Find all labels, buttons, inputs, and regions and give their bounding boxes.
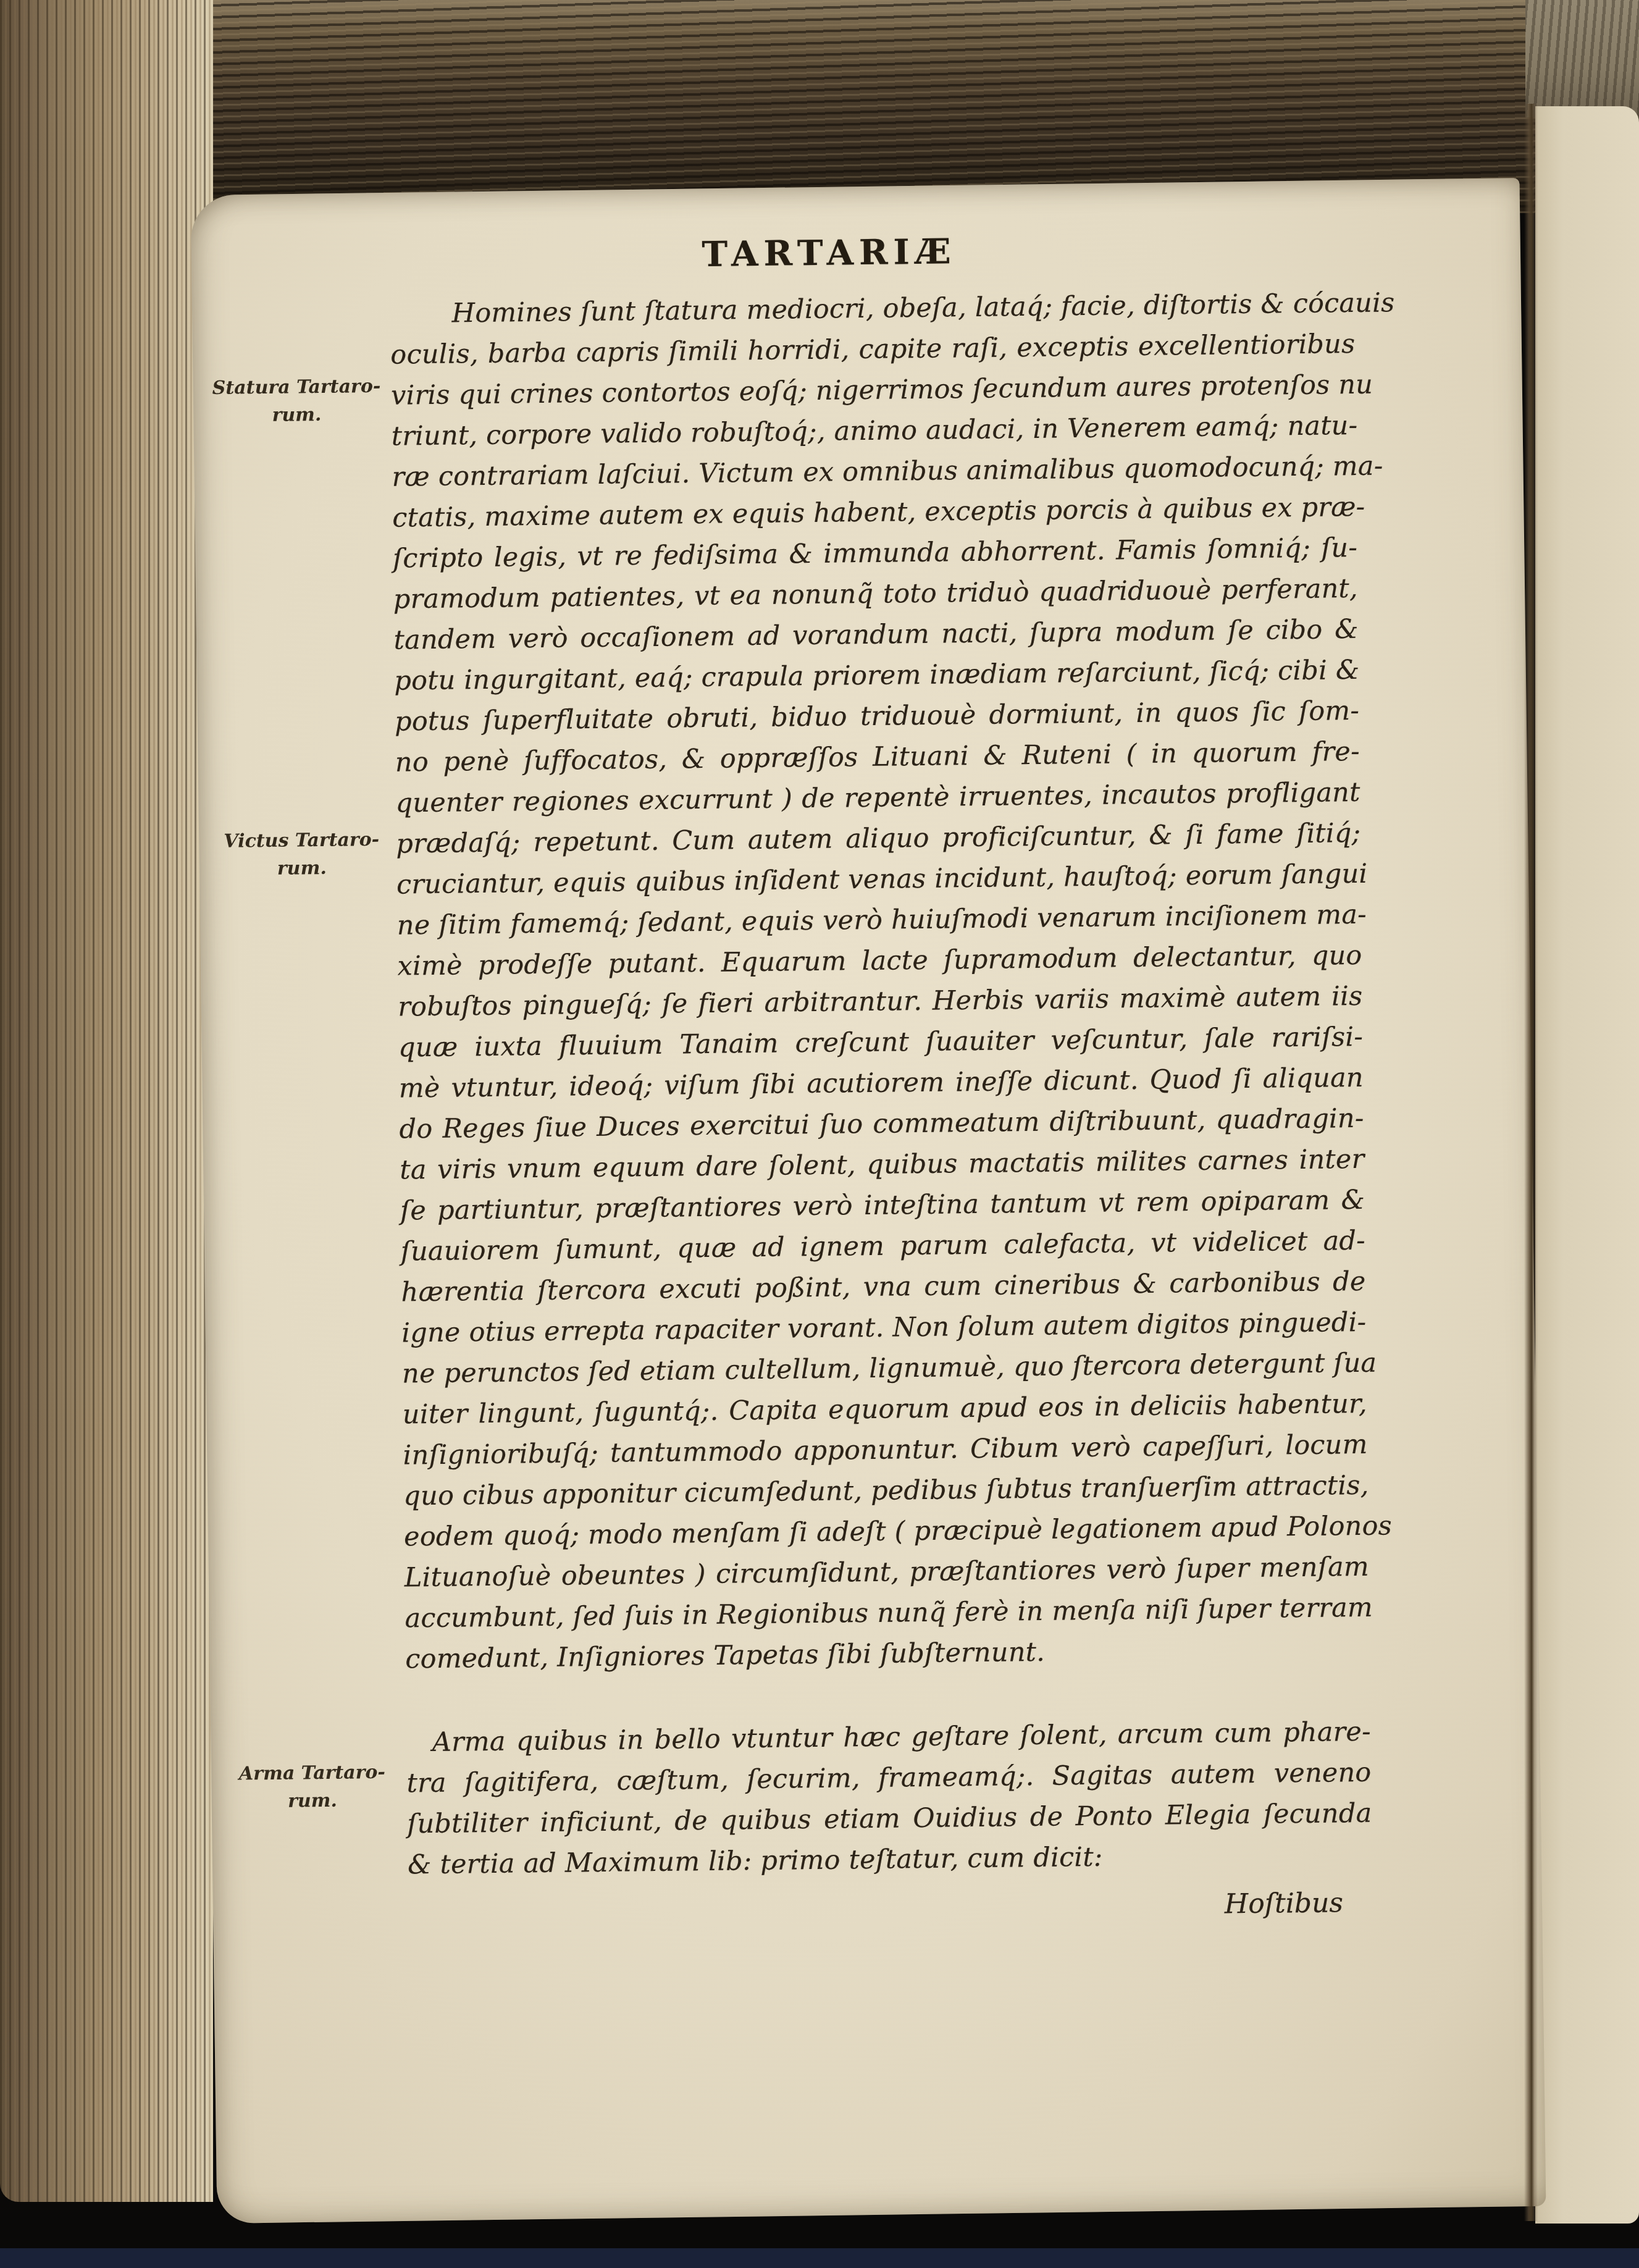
margin-note-victus-tartarorum: Victus Tartaro-rum. — [199, 826, 404, 884]
page-fold-crease — [1524, 104, 1538, 2221]
body-paragraph-2: Arma quibus in bello vtuntur hæc geſtare… — [406, 1711, 1373, 1886]
margin-note-line: Statura Tartaro- — [195, 372, 398, 403]
book-photo: TARTARIÆ Statura Tartaro-rum. Victus Tar… — [0, 0, 1639, 2268]
margin-note-line: rum. — [200, 853, 404, 883]
body-paragraph-1: Homines ſunt ſtatura mediocri, obeſa, la… — [390, 283, 1370, 1680]
adjacent-page-edge — [1535, 106, 1639, 2224]
book-board-corner — [1525, 0, 1639, 117]
catchword: Hoſtibus — [1225, 1887, 1344, 1920]
margin-note-statura-tartarorum: Statura Tartaro-rum. — [195, 372, 399, 430]
scan-bottom-strip — [0, 2248, 1639, 2268]
margin-note-line: Victus Tartaro- — [199, 826, 403, 856]
margin-note-line: rum. — [195, 400, 398, 430]
margin-note-line: rum. — [211, 1786, 414, 1816]
book-page: TARTARIÆ Statura Tartaro-rum. Victus Tar… — [191, 178, 1546, 2224]
page-stack-left-edge — [0, 0, 213, 2202]
page-content: TARTARIÆ Statura Tartaro-rum. Victus Tar… — [192, 179, 1544, 2222]
page-title: TARTARIÆ — [625, 230, 1033, 275]
margin-note-arma-tartarorum: Arma Tartaro-rum. — [210, 1758, 414, 1816]
margin-note-line: Arma Tartaro- — [210, 1758, 414, 1788]
